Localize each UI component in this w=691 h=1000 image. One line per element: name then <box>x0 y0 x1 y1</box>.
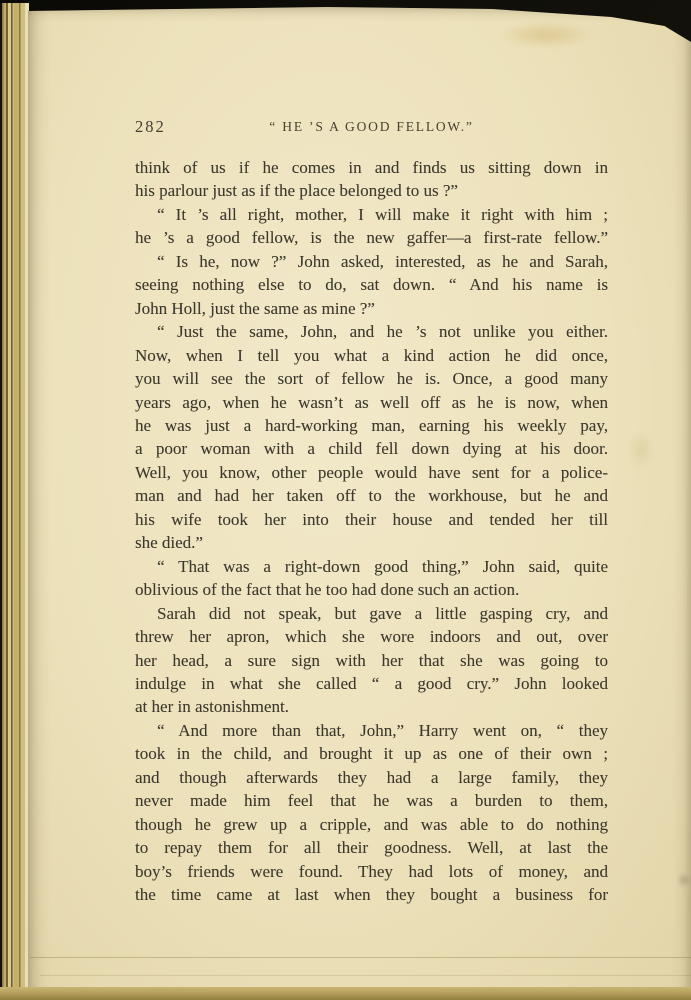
page-header: 282 “ HE ’S A GOOD FELLOW.” <box>135 117 608 139</box>
text-line: seeing nothing else to do, sat down. “ A… <box>135 273 608 296</box>
text-line: boy’s friends were found. They had lots … <box>135 860 608 883</box>
text-line: Sarah did not speak, but gave a little g… <box>135 602 608 625</box>
text-line: he was just a hard-working man, earning … <box>135 414 608 437</box>
text-line: a poor woman with a child fell down dyin… <box>135 437 608 460</box>
text-line: to repay them for all their goodness. We… <box>135 836 608 859</box>
text-line: though he grew up a cripple, and was abl… <box>135 813 608 836</box>
page-crease <box>30 957 691 958</box>
text-line: “ Just the same, John, and he ’s not unl… <box>135 320 608 343</box>
running-title: “ HE ’S A GOOD FELLOW.” <box>135 119 608 135</box>
paper-stain <box>628 430 654 470</box>
text-line: “ It ’s all right, mother, I will make i… <box>135 203 608 226</box>
paper-stain <box>498 22 593 48</box>
text-line: Well, you know, other people would have … <box>135 461 608 484</box>
text-line: you will see the sort of fellow he is. O… <box>135 367 608 390</box>
page-stack-edge <box>0 3 29 1000</box>
text-line: threw her apron, which she wore indoors … <box>135 625 608 648</box>
text-line: his wife took her into their house and t… <box>135 508 608 531</box>
text-line: she died.” <box>135 531 608 554</box>
text-line: at her in astonishment. <box>135 695 608 718</box>
text-line: man and had her taken off to the workhou… <box>135 484 608 507</box>
text-line: oblivious of the fact that he too had do… <box>135 578 608 601</box>
text-line: “ That was a right-down good thing,” Joh… <box>135 555 608 578</box>
book-photo: 282 “ HE ’S A GOOD FELLOW.” think of us … <box>0 0 691 1000</box>
text-line: her head, a sure sign with her that she … <box>135 649 608 672</box>
text-line: indulge in what she called “ a good cry.… <box>135 672 608 695</box>
body-text: think of us if he comes in and finds us … <box>135 156 608 907</box>
text-line: his parlour just as if the place belonge… <box>135 179 608 202</box>
text-line: John Holl, just the same as mine ?” <box>135 297 608 320</box>
text-line: the time came at last when they bought a… <box>135 883 608 906</box>
text-line: think of us if he comes in and finds us … <box>135 156 608 179</box>
text-line: “ Is he, now ?” John asked, interested, … <box>135 250 608 273</box>
page-block-bottom-edge <box>0 987 691 1000</box>
text-line: took in the child, and brought it up as … <box>135 742 608 765</box>
text-line: years ago, when he wasn’t as well off as… <box>135 391 608 414</box>
text-line: Now, when I tell you what a kind action … <box>135 344 608 367</box>
text-line: and though afterwards they had a large f… <box>135 766 608 789</box>
text-line: he ’s a good fellow, is the new gaffer—a… <box>135 226 608 249</box>
paper-stain <box>676 872 691 888</box>
page-crease <box>40 975 691 976</box>
text-line: “ And more than that, John,” Harry went … <box>135 719 608 742</box>
text-line: never made him feel that he was a burden… <box>135 789 608 812</box>
